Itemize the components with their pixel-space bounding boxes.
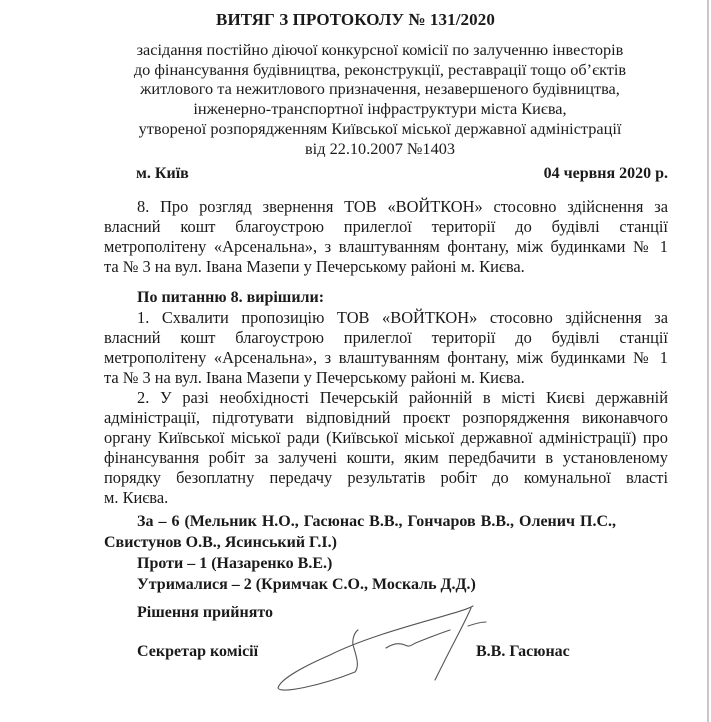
- handwritten-signature-icon: [260, 600, 500, 710]
- votes-for-line: Свистунов О.В., Ясинський Г.І.): [104, 532, 484, 553]
- agenda-line: та № 3 на вул. Івана Мазепи у Печерськом…: [104, 257, 668, 277]
- decision-body: 1. Схвалити пропозицію ТОВ «ВОЙТКОН» сто…: [104, 308, 668, 508]
- subtitle-line: засідання постійно діючої конкурсної ком…: [130, 40, 630, 60]
- decision-line: адміністрації, підготувати відповідний п…: [104, 408, 668, 428]
- votes-for-line: За – 6 (Мельник Н.О., Гасюнас В.В., Гонч…: [104, 511, 616, 532]
- subtitle-line: до фінансування будівництва, реконструкц…: [130, 60, 630, 80]
- subtitle-line: житлового та нежитлового призначення, не…: [130, 79, 630, 99]
- document-date: 04 червня 2020 р.: [480, 165, 668, 183]
- agenda-item-8: 8. Про розгляд звернення ТОВ «ВОЙТКОН» с…: [104, 197, 668, 277]
- decision-line: органу Київської міської ради (Київської…: [104, 428, 668, 448]
- decision-line: м. Києва.: [104, 488, 668, 508]
- decision-line: та № 3 на вул. Івана Мазепи у Печерськом…: [104, 368, 668, 388]
- document-title: ВИТЯГ З ПРОТОКОЛУ № 131/2020: [0, 10, 711, 30]
- decision-heading: По питанню 8. вирішили:: [137, 289, 324, 307]
- vote-results: За – 6 (Мельник Н.О., Гасюнас В.В., Гонч…: [104, 511, 484, 595]
- secretary-label: Секретар комісії: [137, 643, 258, 661]
- votes-against: Проти – 1 (Назаренко В.Е.): [104, 553, 484, 574]
- decision-result: Рішення прийнято: [137, 604, 273, 622]
- decision-line: фінансування робіт за залучені кошти, як…: [104, 448, 668, 468]
- subtitle-line: від 22.10.2007 №1403: [130, 139, 630, 159]
- subtitle-line: інженерно-транспортної інфраструктури мі…: [130, 99, 630, 119]
- decision-line: власний кошт благоустрою прилеглої терит…: [104, 328, 668, 348]
- agenda-line: метрополітену «Арсенальна», з влаштуванн…: [104, 237, 668, 257]
- document-subtitle: засідання постійно діючої конкурсної ком…: [130, 40, 630, 158]
- decision-line: 2. У разі необхідності Печерській районн…: [104, 388, 668, 408]
- votes-abstained: Утрималися – 2 (Кримчак С.О., Москаль Д.…: [104, 574, 484, 595]
- city-label: м. Київ: [136, 165, 189, 183]
- agenda-line: власний кошт благоустрою прилеглої терит…: [104, 217, 668, 237]
- scan-edge-line: [707, 0, 709, 722]
- agenda-line: 8. Про розгляд звернення ТОВ «ВОЙТКОН» с…: [104, 197, 668, 217]
- document-page: ВИТЯГ З ПРОТОКОЛУ № 131/2020 засідання п…: [0, 0, 711, 722]
- decision-line: 1. Схвалити пропозицію ТОВ «ВОЙТКОН» сто…: [104, 308, 668, 328]
- subtitle-line: утвореної розпорядженням Київської міськ…: [130, 119, 630, 139]
- decision-line: метрополітену «Арсенальна», з влаштуванн…: [104, 348, 668, 368]
- decision-line: порядку безоплатну передачу результатів …: [104, 468, 668, 488]
